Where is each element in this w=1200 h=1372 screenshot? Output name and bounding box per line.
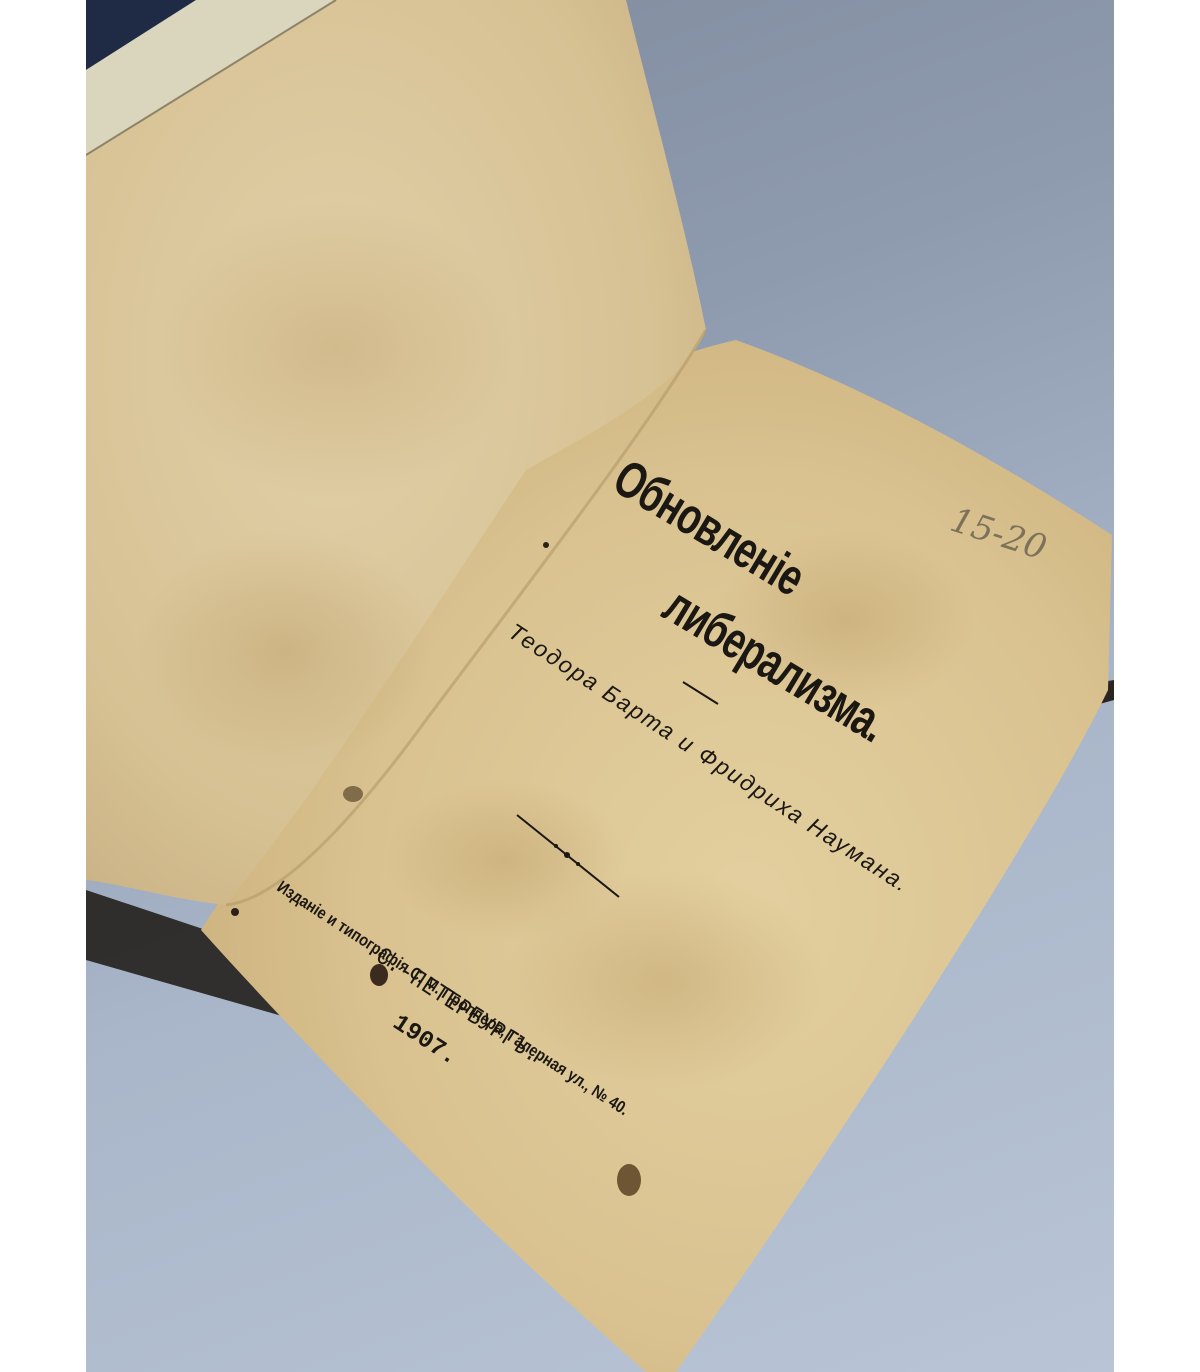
book-illustration [86,0,1114,1372]
book-photo: Обновленіе либерализма. Теодора Барта и … [86,0,1114,1372]
paper-damage [617,1164,641,1196]
paper-damage [370,964,388,986]
